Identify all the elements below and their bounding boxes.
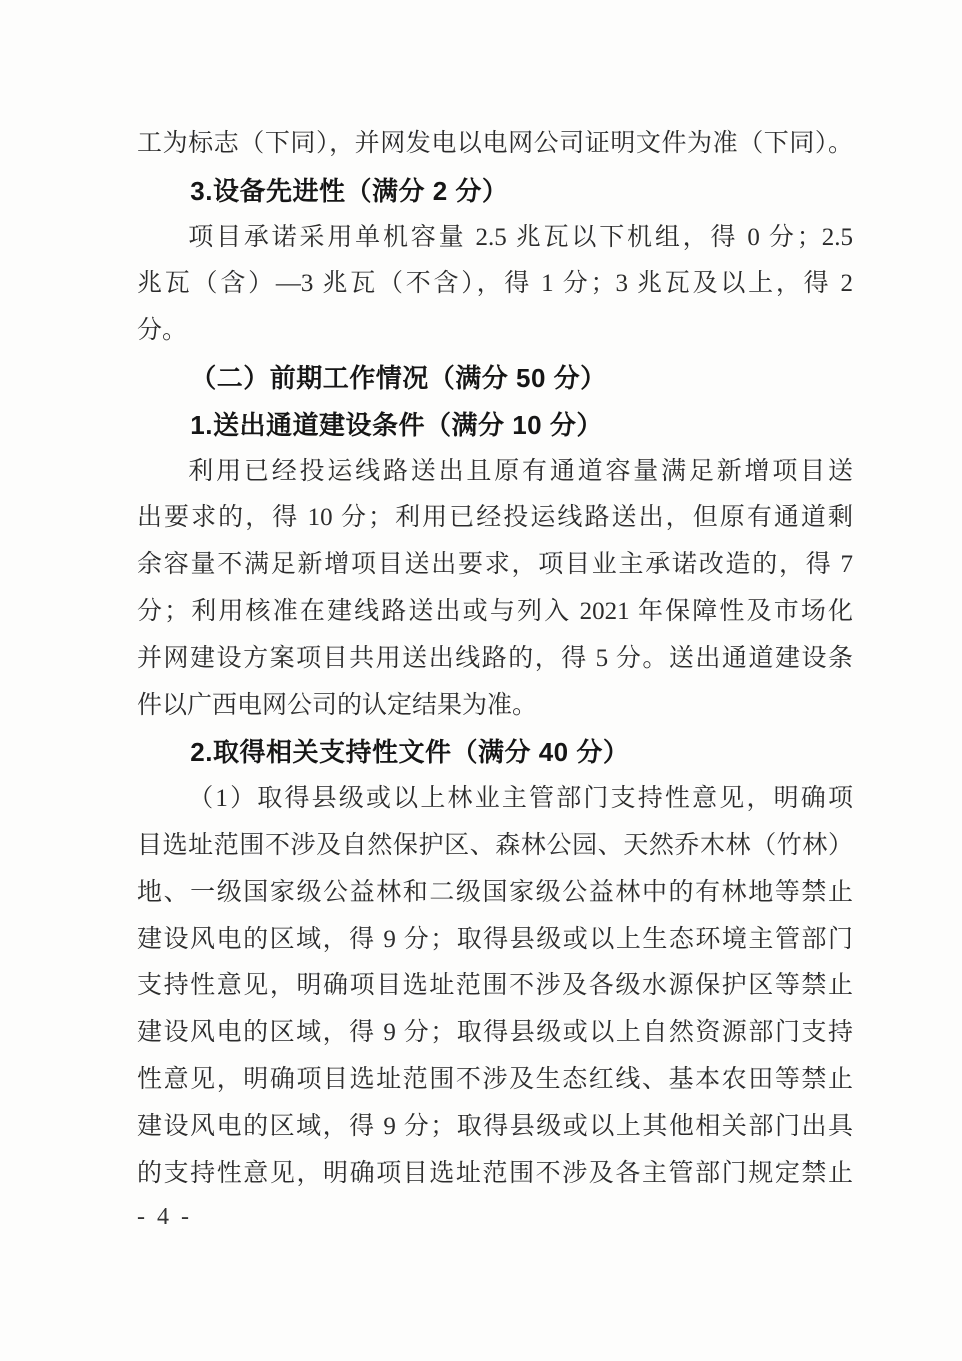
body-line: 目选址范围不涉及自然保护区、森林公园、天然乔木林（竹林）	[137, 823, 853, 870]
body-line: 余容量不满足新增项目送出要求，项目业主承诺改造的，得 7	[137, 542, 853, 589]
body-line: 兆瓦（含）—3 兆瓦（不含），得 1 分；3 兆瓦及以上，得 2	[137, 261, 853, 308]
body-line: 建设风电的区域，得 9 分；取得县级或以上其他相关部门出具	[137, 1104, 853, 1151]
body-line: 建设风电的区域，得 9 分；取得县级或以上生态环境主管部门	[137, 917, 853, 964]
body-line: 工为标志（下同），并网发电以电网公司证明文件为准（下同）。	[137, 121, 853, 168]
body-line: 建设风电的区域，得 9 分；取得县级或以上自然资源部门支持	[137, 1010, 853, 1057]
body-line: 利用已经投运线路送出且原有通道容量满足新增项目送	[137, 449, 853, 496]
body-line: 的支持性意见，明确项目选址范围不涉及各主管部门规定禁止	[137, 1151, 853, 1198]
document-page: 工为标志（下同），并网发电以电网公司证明文件为准（下同）。3.设备先进性（满分 …	[0, 0, 962, 1361]
page-number: - 4 -	[137, 1194, 192, 1241]
heading-line: 2.取得相关支持性文件（满分 40 分）	[137, 729, 853, 776]
heading-line: 1.送出通道建设条件（满分 10 分）	[137, 402, 853, 449]
body-line: 地、一级国家级公益林和二级国家级公益林中的有林地等禁止	[137, 870, 853, 917]
body-line: 支持性意见，明确项目选址范围不涉及各级水源保护区等禁止	[137, 963, 853, 1010]
document-body: 工为标志（下同），并网发电以电网公司证明文件为准（下同）。3.设备先进性（满分 …	[137, 121, 853, 1197]
body-line: （1）取得县级或以上林业主管部门支持性意见，明确项	[137, 776, 853, 823]
heading-line: 3.设备先进性（满分 2 分）	[137, 168, 853, 215]
body-line: 分；利用核准在建线路送出或与列入 2021 年保障性及市场化	[137, 589, 853, 636]
body-line: 项目承诺采用单机容量 2.5 兆瓦以下机组，得 0 分；2.5	[137, 215, 853, 262]
body-line: 并网建设方案项目共用送出线路的，得 5 分。送出通道建设条	[137, 636, 853, 683]
heading-line: （二）前期工作情况（满分 50 分）	[137, 355, 853, 402]
body-line: 件以广西电网公司的认定结果为准。	[137, 683, 853, 730]
body-line: 出要求的，得 10 分；利用已经投运线路送出，但原有通道剩	[137, 495, 853, 542]
body-line: 分。	[137, 308, 853, 355]
body-line: 性意见，明确项目选址范围不涉及生态红线、基本农田等禁止	[137, 1057, 853, 1104]
